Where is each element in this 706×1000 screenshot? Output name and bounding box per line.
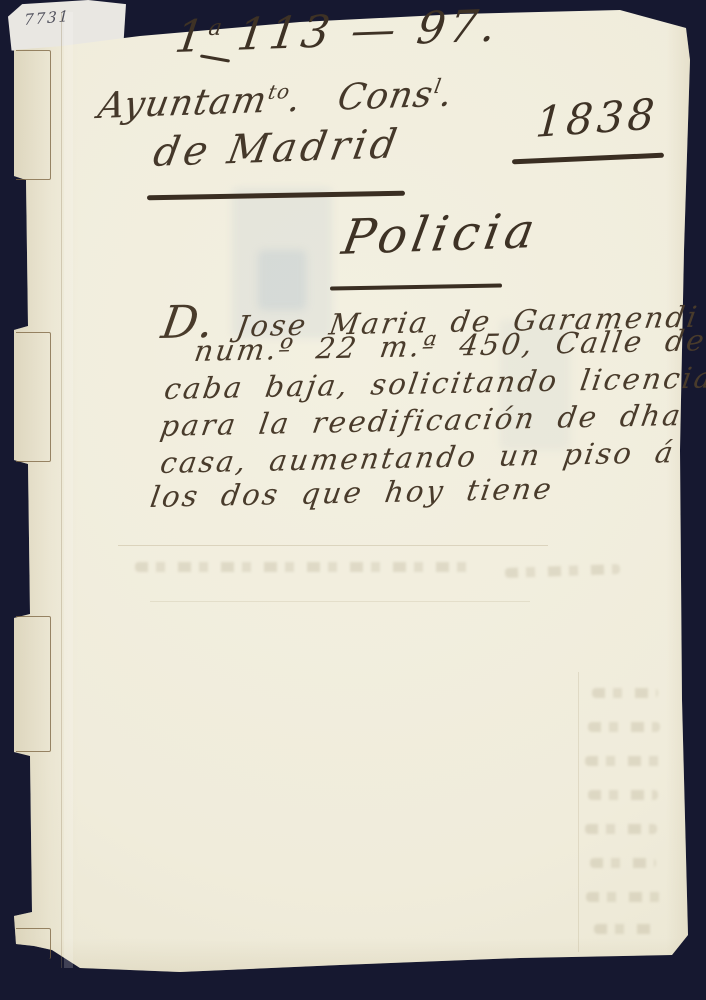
show-through-rule <box>118 545 548 546</box>
binding-tab <box>16 928 51 959</box>
bleed-through-text <box>592 688 658 698</box>
institution-line2: de Madrid <box>150 121 404 176</box>
docket-rest: 113 — 97. <box>234 0 503 60</box>
institution-word: Cons <box>334 74 436 119</box>
fold-crease-highlight <box>64 12 73 968</box>
bleed-through-text <box>588 722 660 732</box>
bleed-through-text <box>586 892 661 902</box>
show-through-margin-line <box>578 672 579 952</box>
bleed-through-text <box>585 756 663 766</box>
binding-tab <box>16 616 51 752</box>
year: 1838 <box>534 89 660 147</box>
scanned-manuscript-screenshot: 7731 1a 113 — 97. Ayuntamto. Consl. de M… <box>0 0 706 1000</box>
show-through-rule <box>150 601 530 602</box>
bleed-through-text <box>594 924 654 934</box>
binding-tab <box>16 50 51 180</box>
institution-word: Ayuntam <box>95 80 271 127</box>
fold-crease <box>61 12 62 968</box>
bleed-through-text <box>588 790 658 800</box>
bleed-through-text <box>590 858 656 868</box>
docket-superscript: a <box>207 15 228 41</box>
binding-tab <box>16 332 51 462</box>
bleed-through-text <box>585 824 657 834</box>
section-title: Policia <box>338 203 544 266</box>
bleed-through-text <box>135 562 475 572</box>
